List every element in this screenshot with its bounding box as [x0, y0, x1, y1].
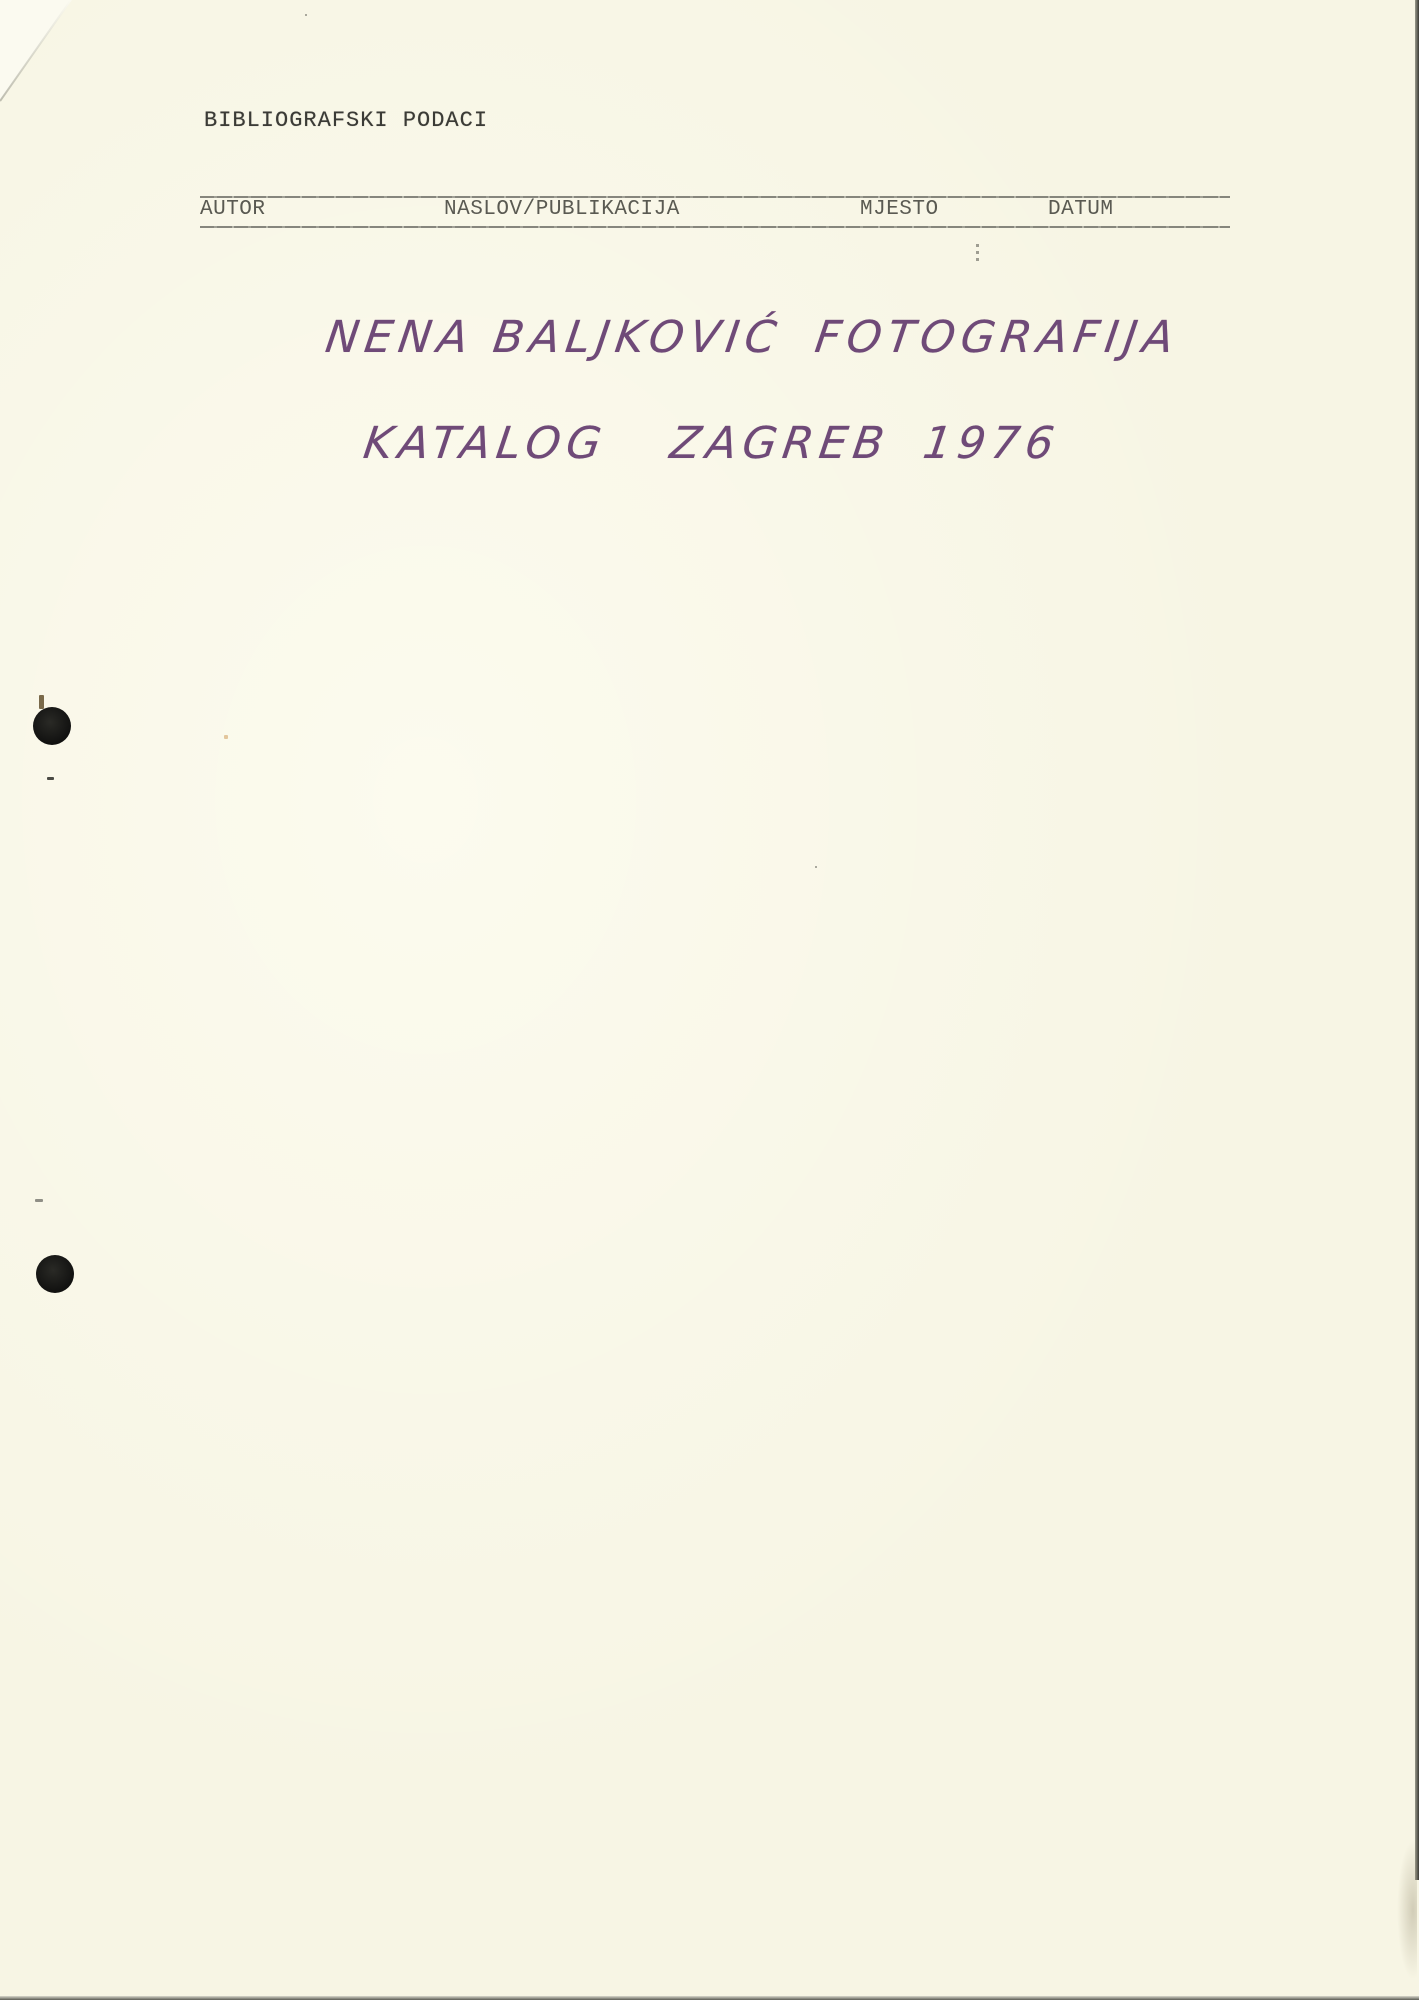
column-divider-mark [976, 244, 979, 264]
column-header-bar: AUTOR NASLOV/PUBLIKACIJA MJESTO DATUM [200, 192, 1230, 228]
column-autor: AUTOR [200, 198, 266, 221]
paper-stain [1397, 1840, 1417, 1980]
column-mjesto: MJESTO [860, 198, 939, 221]
punch-hole-tab [39, 695, 44, 709]
page-right-edge [1415, 0, 1419, 1880]
paper-speck [35, 1199, 43, 1202]
paper-speck [305, 14, 307, 16]
handwritten-place: ZAGREB [667, 418, 893, 469]
column-naslov-publikacija: NASLOV/PUBLIKACIJA [444, 198, 680, 221]
header-rule-bottom [200, 226, 1230, 228]
card-heading: BIBLIOGRAFSKI PODACI [204, 108, 488, 133]
punch-hole-icon [33, 707, 71, 745]
handwritten-date: 1976 [920, 418, 1063, 469]
paper-speck [47, 777, 54, 780]
handwritten-author: NENA BALJKOVIĆ [322, 312, 785, 363]
handwritten-line-2: KATALOGZAGREB1976 [360, 418, 1063, 469]
handwritten-publication: KATALOG [360, 418, 610, 469]
punch-hole-icon [36, 1255, 74, 1293]
handwritten-title: FOTOGRAFIJA [812, 312, 1183, 363]
column-datum: DATUM [1048, 198, 1114, 221]
paper-speck [224, 735, 228, 739]
handwritten-line-1: NENA BALJKOVIĆFOTOGRAFIJA [322, 312, 1182, 363]
bibliographic-card: BIBLIOGRAFSKI PODACI AUTOR NASLOV/PUBLIK… [0, 0, 1419, 2000]
page-bottom-edge [0, 1996, 1419, 2000]
folded-corner [0, 0, 80, 110]
paper-speck [815, 866, 817, 868]
